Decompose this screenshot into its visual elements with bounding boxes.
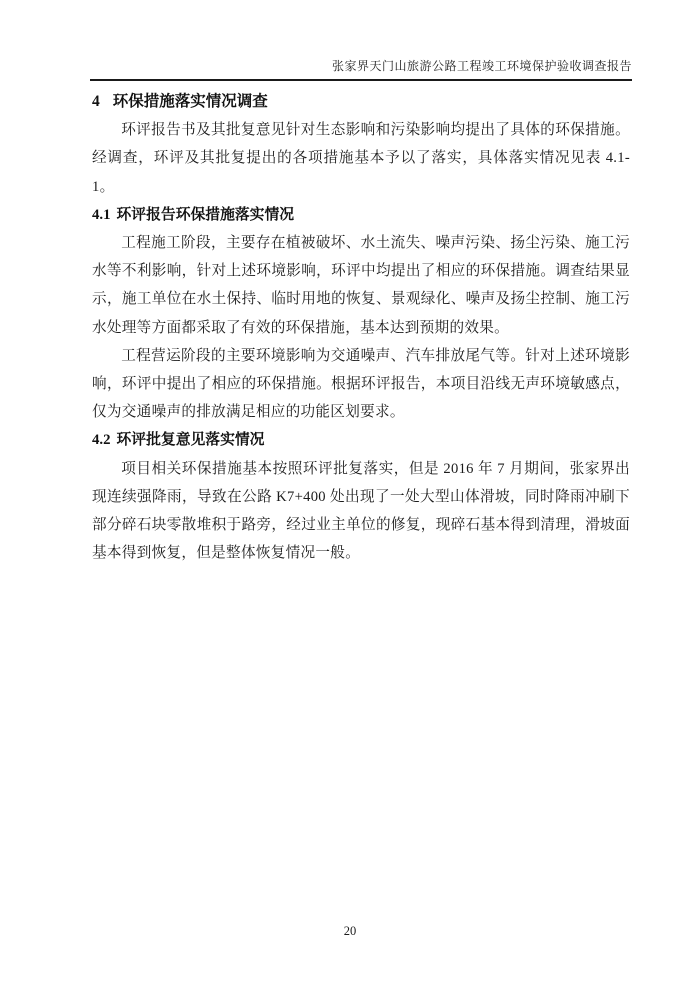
document-page: 张家界天门山旅游公路工程竣工环境保护验收调查报告 4环保措施落实情况调查 环评报…	[0, 0, 700, 990]
section-heading-4: 4环保措施落实情况调查	[92, 88, 630, 116]
heading-number: 4	[92, 93, 100, 110]
paragraph: 环评报告书及其批复意见针对生态影响和污染影响均提出了具体的环保措施。经调查，环评…	[92, 116, 630, 201]
heading-title: 环评批复意见落实情况	[117, 432, 265, 448]
report-title: 张家界天门山旅游公路工程竣工环境保护验收调查报告	[332, 59, 632, 73]
paragraph: 工程营运阶段的主要环境影响为交通噪声、汽车排放尾气等。针对上述环境影响，环评中提…	[92, 342, 630, 427]
heading-number: 4.1	[92, 207, 111, 223]
page-header: 张家界天门山旅游公路工程竣工环境保护验收调查报告	[90, 57, 632, 81]
heading-title: 环评报告环保措施落实情况	[117, 207, 295, 223]
section-heading-4-2: 4.2环评批复意见落实情况	[92, 426, 630, 454]
heading-title: 环保措施落实情况调查	[113, 93, 268, 110]
document-body: 4环保措施落实情况调查 环评报告书及其批复意见针对生态影响和污染影响均提出了具体…	[92, 88, 630, 567]
page-footer: 20	[0, 921, 700, 941]
page-number: 20	[344, 924, 357, 938]
heading-number: 4.2	[92, 432, 111, 448]
section-heading-4-1: 4.1环评报告环保措施落实情况	[92, 201, 630, 229]
paragraph: 工程施工阶段，主要存在植被破坏、水土流失、噪声污染、扬尘污染、施工污水等不利影响…	[92, 229, 630, 342]
paragraph: 项目相关环保措施基本按照环评批复落实，但是 2016 年 7 月期间，张家界出现…	[92, 455, 630, 568]
